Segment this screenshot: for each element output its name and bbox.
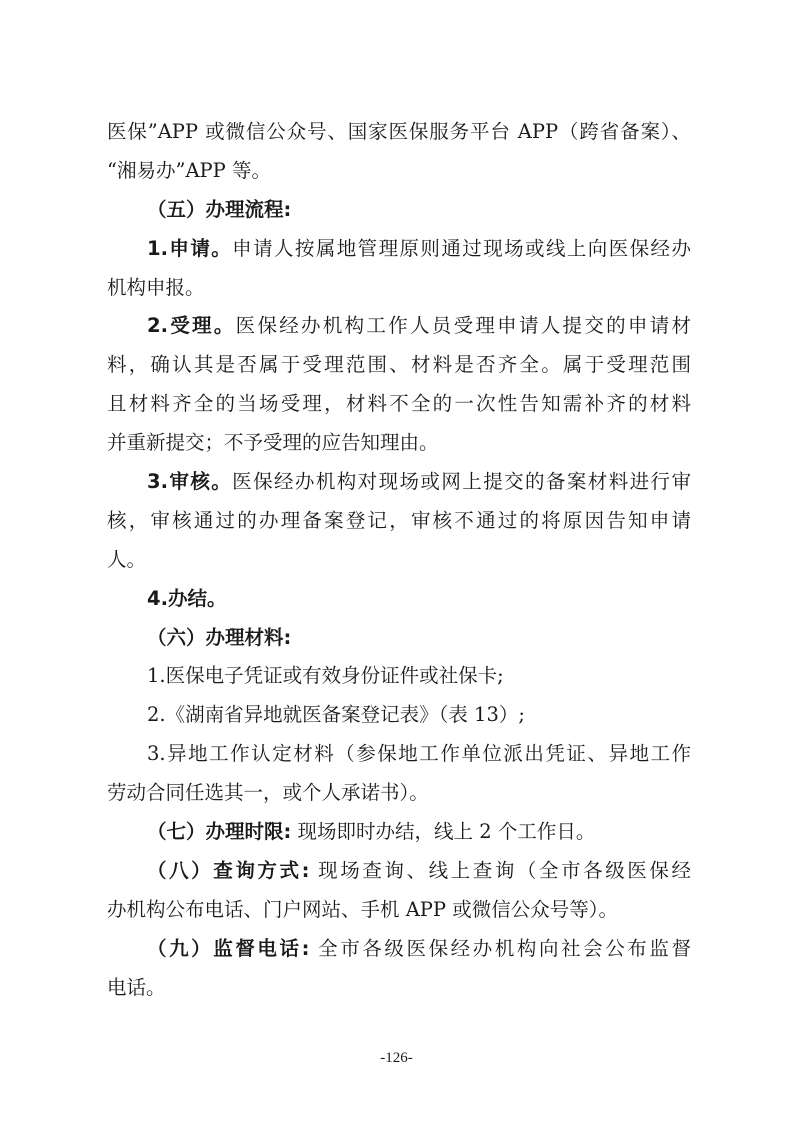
step-accept: 2.受理。医保经办机构工作人员受理申请人提交的申请材 [107,307,691,346]
section-body: 全市各级医保经办机构向社会公布监督 [318,937,691,960]
heading-text: （六）办理材料: [147,626,291,649]
section-supervision-phone: （九）监督电话: 全市各级医保经办机构向社会公布监督 [107,930,691,969]
section-query-method: （八）查询方式: 现场查询、线上查询（全市各级医保经 [107,852,691,891]
material-item: 2.《湖南省异地就医备案登记表》（表 13）; [107,696,691,735]
step-label: 2.受理。 [147,314,236,337]
section-body: 现场即时办结，线上 2 个工作日。 [298,820,596,843]
paragraph-line: 劳动合同任选其一，或个人承诺书）。 [107,774,691,813]
heading-text: （七）办理时限: [147,820,291,843]
heading-text: （五）办理流程: [147,198,291,221]
page-number: -126- [0,1050,793,1067]
paragraph-line: 人。 [107,541,691,580]
material-item: 3.异地工作认定材料（参保地工作单位派出凭证、异地工作 [107,735,691,774]
material-item: 1.医保电子凭证或有效身份证件或社保卡; [107,657,691,696]
document-page: 医保”APP 或微信公众号、国家医保服务平台 APP（跨省备案）、 “湘易办”A… [107,113,691,1007]
step-review: 3.审核。医保经办机构对现场或网上提交的备案材料进行审 [107,463,691,502]
paragraph-line: 电话。 [107,969,691,1008]
step-label: 1.申请。 [147,237,232,260]
step-label: 4.办结。 [147,587,226,610]
paragraph-line: 机构申报。 [107,269,691,308]
paragraph-line: 且材料齐全的当场受理，材料不全的一次性告知需补齐的材料 [107,385,691,424]
paragraph-line: 料，确认其是否属于受理范围、材料是否齐全。属于受理范围 [107,346,691,385]
paragraph-line: 医保”APP 或微信公众号、国家医保服务平台 APP（跨省备案）、 [107,113,691,152]
paragraph-line: “湘易办”APP 等。 [107,152,691,191]
step-text: 医保经办机构工作人员受理申请人提交的申请材 [236,314,691,337]
heading-text: （九）监督电话: [147,937,309,960]
section-heading-materials: （六）办理材料: [107,619,691,658]
step-label: 3.审核。 [147,470,232,493]
step-text: 申请人按属地管理原则通过现场或线上向医保经办 [232,237,691,260]
step-text: 医保经办机构对现场或网上提交的备案材料进行审 [232,470,691,493]
paragraph-line: 办机构公布电话、门户网站、手机 APP 或微信公众号等）。 [107,891,691,930]
paragraph-line: 核，审核通过的办理备案登记，审核不通过的将原因告知申请 [107,502,691,541]
step-apply: 1.申请。申请人按属地管理原则通过现场或线上向医保经办 [107,230,691,269]
section-time-limit: （七）办理时限: 现场即时办结，线上 2 个工作日。 [107,813,691,852]
section-heading-process: （五）办理流程: [107,191,691,230]
paragraph-line: 并重新提交；不予受理的应告知理由。 [107,424,691,463]
step-complete: 4.办结。 [107,580,691,619]
heading-text: （八）查询方式: [147,859,309,882]
section-body: 现场查询、线上查询（全市各级医保经 [318,859,691,882]
